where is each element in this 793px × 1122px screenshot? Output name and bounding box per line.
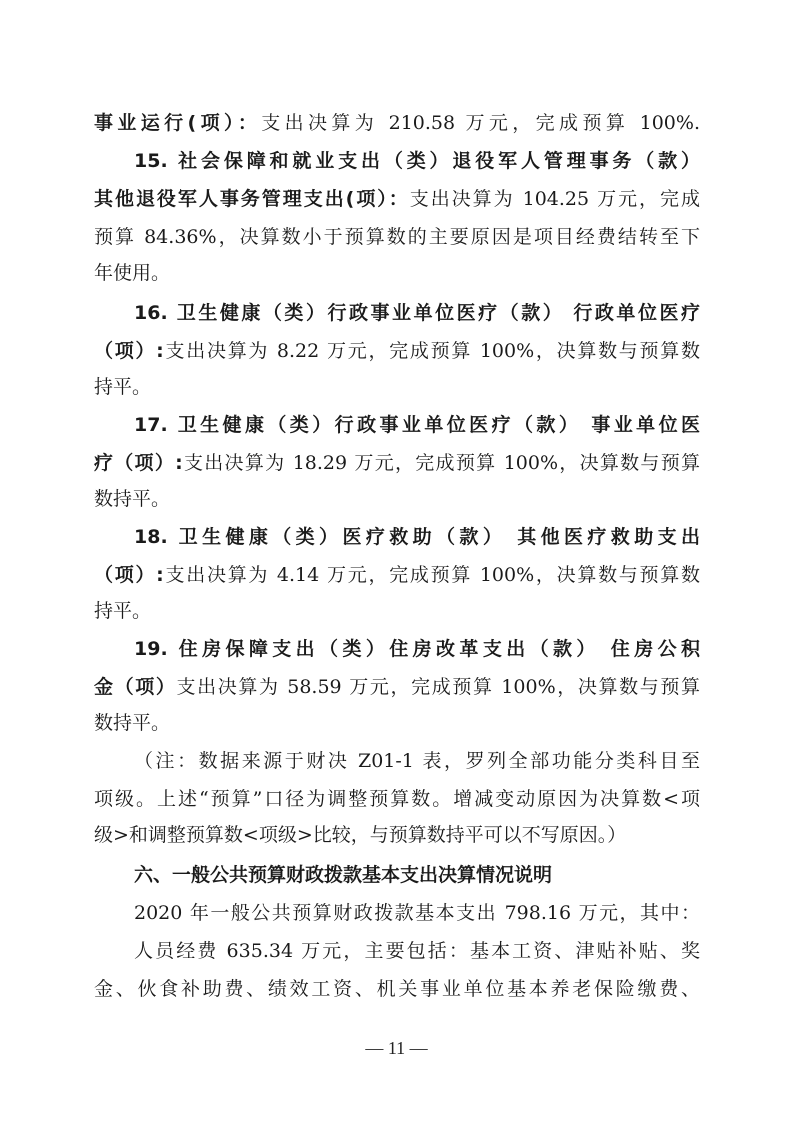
line-text: 预算 84.36%，决算数小于预算数的主要原因是项目经费结转至下 [94, 226, 700, 248]
bold-label: 15. 社会保障和就业支出（类）退役军人管理事务（款） [134, 150, 700, 172]
line-text: 支出决算为 4.14 万元，完成预算 100%，决算数与预算数 [164, 564, 700, 586]
paragraph-line: 数持平。 [94, 484, 170, 514]
note-line: 级>和调整预算数<项级>比较，与预算数持平可以不写原因。） [94, 820, 626, 850]
item-16-heading: 16. 卫生健康（类）行政事业单位医疗（款） 行政单位医疗 [134, 298, 700, 328]
paragraph-line: 事业运行(项）：支出决算为 210.58 万元，完成预算 100%. [94, 108, 700, 138]
bold-label: 事业运行(项）： [94, 112, 261, 134]
line-text: 人员经费 635.34 万元，主要包括：基本工资、津贴补贴、奖 [134, 940, 700, 962]
bold-label: 16. 卫生健康（类）行政事业单位医疗（款） 行政单位医疗 [134, 302, 700, 324]
item-18-heading: 18. 卫生健康（类）医疗救助（款） 其他医疗救助支出 [134, 522, 700, 552]
line-text: 项级。上述“预算”口径为调整预算数。增减变动原因为决算数<项 [94, 788, 700, 810]
page-number: — 11 — [0, 1038, 793, 1059]
line-text: 持平。 [94, 376, 151, 398]
line-text: 支出决算为 104.25 万元，完成 [410, 188, 700, 210]
paragraph-line: （项）:支出决算为 4.14 万元，完成预算 100%，决算数与预算数 [94, 560, 700, 590]
paragraph-line: 预算 84.36%，决算数小于预算数的主要原因是项目经费结转至下 [94, 222, 700, 252]
line-text: （注：数据来源于财决 Z01-1 表，罗列全部功能分类科目至 [134, 750, 700, 772]
bold-label: （项）: [94, 564, 164, 586]
line-text: 数持平。 [94, 488, 170, 510]
note-line: （注：数据来源于财决 Z01-1 表，罗列全部功能分类科目至 [134, 746, 700, 776]
item-19-heading: 19. 住房保障支出（类）住房改革支出（款） 住房公积 [134, 634, 700, 664]
section-heading: 六、一般公共预算财政拨款基本支出决算情况说明 [134, 860, 700, 890]
line-text: 年使用。 [94, 262, 170, 284]
paragraph-line: 2020 年一般公共预算财政拨款基本支出 798.16 万元，其中： [134, 898, 700, 928]
paragraph-line: 持平。 [94, 372, 151, 402]
note-line: 项级。上述“预算”口径为调整预算数。增减变动原因为决算数<项 [94, 784, 700, 814]
section-title: 六、一般公共预算财政拨款基本支出决算情况说明 [134, 864, 552, 886]
item-15-heading: 15. 社会保障和就业支出（类）退役军人管理事务（款） [134, 146, 700, 176]
bold-label: 18. 卫生健康（类）医疗救助（款） 其他医疗救助支出 [134, 526, 700, 548]
bold-label: 疗（项）: [94, 452, 183, 474]
line-text: 级>和调整预算数<项级>比较，与预算数持平可以不写原因。） [94, 824, 626, 846]
paragraph-line: 金、伙食补助费、绩效工资、机关事业单位基本养老保险缴费、 [94, 974, 700, 1004]
bold-label: 金（项） [94, 676, 176, 698]
paragraph-line: （项）:支出决算为 8.22 万元，完成预算 100%，决算数与预算数 [94, 336, 700, 366]
line-text: 支出决算为 18.29 万元，完成预算 100%，决算数与预算 [183, 452, 700, 474]
line-text: 2020 年一般公共预算财政拨款基本支出 798.16 万元，其中： [134, 902, 700, 924]
line-text: 支出决算为 58.59 万元，完成预算 100%，决算数与预算 [176, 676, 700, 698]
bold-label: 19. 住房保障支出（类）住房改革支出（款） 住房公积 [134, 638, 700, 660]
item-17-heading: 17. 卫生健康（类）行政事业单位医疗（款） 事业单位医 [134, 410, 700, 440]
paragraph-line: 人员经费 635.34 万元，主要包括：基本工资、津贴补贴、奖 [134, 936, 700, 966]
line-text: 金、伙食补助费、绩效工资、机关事业单位基本养老保险缴费、 [94, 978, 700, 1000]
paragraph-line: 数持平。 [94, 708, 170, 738]
paragraph-line: 持平。 [94, 596, 151, 626]
bold-label: 其他退役军人事务管理支出(项）： [94, 188, 410, 210]
line-text: 持平。 [94, 600, 151, 622]
bold-label: 17. 卫生健康（类）行政事业单位医疗（款） 事业单位医 [134, 414, 700, 436]
line-text: 数持平。 [94, 712, 170, 734]
line-text: 支出决算为 210.58 万元，完成预算 100%. [261, 112, 700, 134]
line-text: 支出决算为 8.22 万元，完成预算 100%，决算数与预算数 [164, 340, 700, 362]
paragraph-line: 金（项）支出决算为 58.59 万元，完成预算 100%，决算数与预算 [94, 672, 700, 702]
paragraph-line: 年使用。 [94, 258, 170, 288]
bold-label: （项）: [94, 340, 164, 362]
paragraph-line: 疗（项）:支出决算为 18.29 万元，完成预算 100%，决算数与预算 [94, 448, 700, 478]
paragraph-line: 其他退役军人事务管理支出(项）：支出决算为 104.25 万元，完成 [94, 184, 700, 214]
